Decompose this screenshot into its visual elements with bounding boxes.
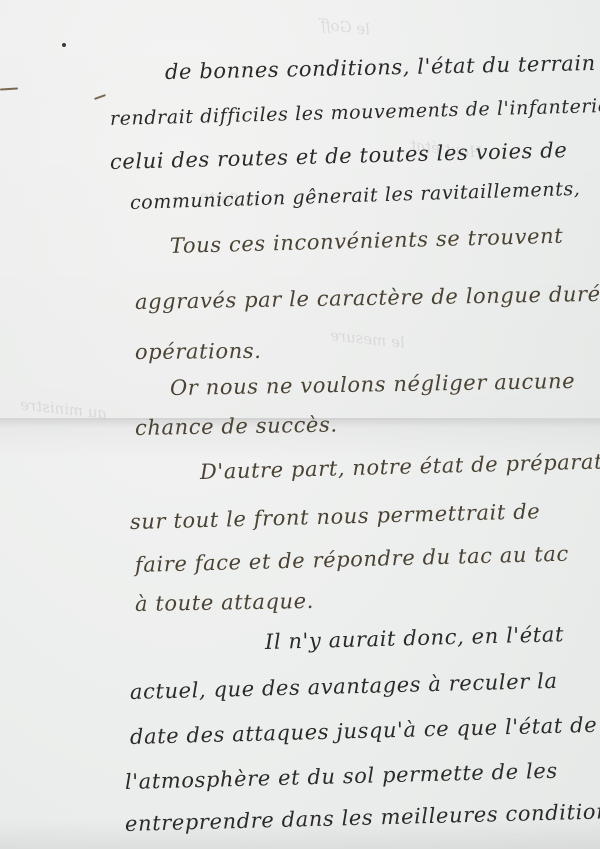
- letter-line: aggravés par le caractère de longue duré…: [135, 281, 600, 314]
- letter-line: de bonnes conditions, l'état du terrain: [165, 51, 596, 84]
- letter-line: actuel, que des avantages à reculer la: [130, 669, 558, 704]
- ink-dot: [62, 43, 66, 47]
- letter-line: date des attaques jusqu'à ce que l'état …: [130, 713, 598, 749]
- letter-line: celui des routes et de toutes les voies …: [110, 138, 568, 174]
- letter-line: rendrait difficiles les mouvements de l'…: [110, 95, 600, 130]
- letter-line: chance de succès.: [135, 412, 338, 440]
- letter-line: Tous ces inconvénients se trouvent: [170, 224, 564, 258]
- margin-mark: [94, 94, 106, 100]
- letter-line: sur tout le front nous permettrait de: [130, 499, 541, 534]
- letter-line: faire face et de répondre du tac au tac: [135, 542, 569, 577]
- letter-line: Or nous ne voulons négliger aucune: [170, 369, 576, 400]
- letter-line: opérations.: [135, 339, 262, 364]
- letter-line: l'atmosphère et du sol permette de les: [125, 759, 558, 794]
- letter-page: le Goff Haut état la flotte le mesure au…: [0, 0, 600, 849]
- margin-mark: [0, 87, 18, 90]
- bleed-through-text: le Goff: [319, 15, 371, 38]
- letter-line: à toute attaque.: [135, 589, 314, 616]
- letter-line: Il n'y aurait donc, en l'état: [265, 622, 565, 654]
- letter-line: communication gênerait les ravitaillemen…: [130, 178, 581, 214]
- bleed-through-text: le mesure: [329, 326, 405, 352]
